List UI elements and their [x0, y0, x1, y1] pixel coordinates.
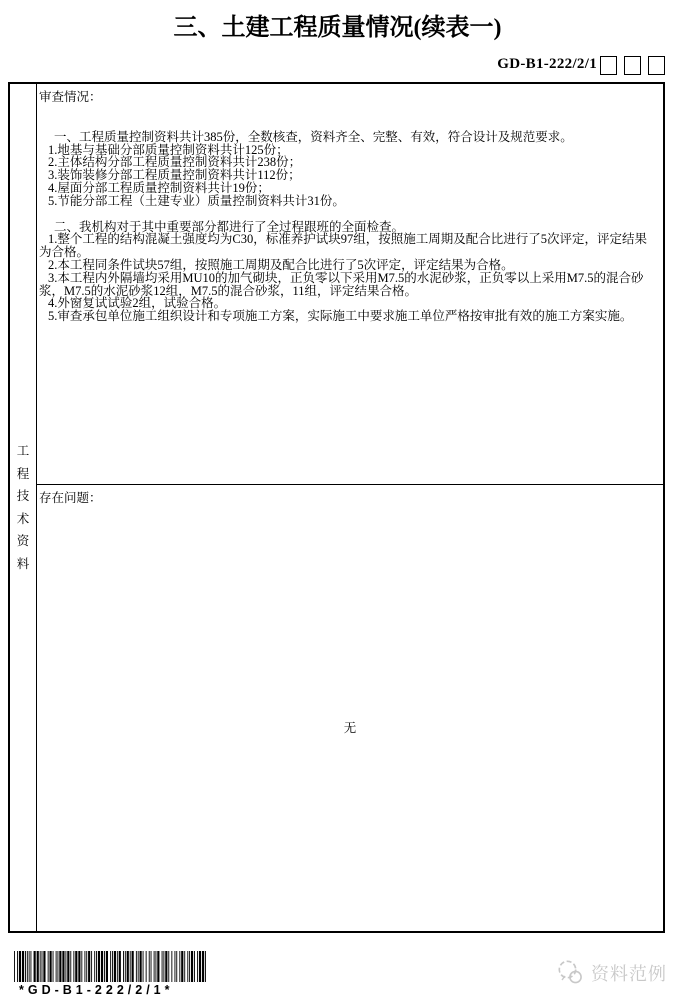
barcode-icon	[14, 951, 206, 982]
review-paragraph: 2.本工程同条件试块57组，按照施工周期及配合比进行了5次评定，评定结果为合格。	[39, 259, 659, 272]
table-main-column: 审查情况： 一、工程质量控制资料共计385份，全数核查，资料齐全、完整、有效，符…	[37, 84, 663, 931]
watermark-logo-icon	[557, 959, 584, 986]
problems-section: 存在问题： 无	[37, 485, 663, 931]
review-paragraphs: 一、工程质量控制资料共计385份，全数核查，资料齐全、完整、有效，符合设计及规范…	[39, 131, 659, 323]
form-code-checkbox[interactable]	[600, 56, 617, 75]
barcode-block: *GD-B1-222/2/1*	[14, 951, 206, 997]
form-code-row: GD-B1-222/2/1	[497, 56, 665, 75]
form-table: 工程技术资料 审查情况： 一、工程质量控制资料共计385份，全数核查，资料齐全、…	[8, 82, 665, 933]
review-paragraph: 5.节能分部工程（土建专业）质量控制资料共计31份。	[39, 195, 659, 208]
problems-content: 无	[37, 722, 663, 735]
review-paragraph: 1.整个工程的结构混凝土强度均为C30，标准养护试块97组，按照施工周期及配合比…	[39, 233, 659, 259]
watermark-text: 资料范例	[591, 960, 667, 986]
form-code-checkbox[interactable]	[624, 56, 641, 75]
review-paragraph: 3.本工程内外隔墙均采用MU10的加气砌块，正负零以下采用M7.5的水泥砂浆，正…	[39, 272, 659, 298]
review-paragraph: 一、工程质量控制资料共计385份，全数核查，资料齐全、完整、有效，符合设计及规范…	[39, 131, 659, 144]
side-label-char: 技	[17, 490, 30, 503]
side-label-char: 程	[17, 468, 30, 481]
side-label-char: 资	[17, 535, 30, 548]
review-section: 审查情况： 一、工程质量控制资料共计385份，全数核查，资料齐全、完整、有效，符…	[37, 84, 663, 485]
document-page: 三、土建工程质量情况(续表一) GD-B1-222/2/1 工程技术资料 审查情…	[0, 0, 675, 1003]
review-paragraph: 4.屋面分部工程质量控制资料共计19份；	[39, 182, 659, 195]
form-code: GD-B1-222/2/1	[497, 56, 597, 75]
page-title: 三、土建工程质量情况(续表一)	[0, 15, 675, 41]
side-label-char: 术	[17, 513, 30, 526]
review-section-label: 审查情况：	[39, 91, 659, 104]
form-code-checkbox[interactable]	[648, 56, 665, 75]
side-label-char: 料	[17, 558, 30, 571]
problems-section-label: 存在问题：	[39, 492, 659, 505]
side-label-column: 工程技术资料	[10, 84, 37, 931]
review-paragraph: 5.审查承包单位施工组织设计和专项施工方案，实际施工中要求施工单位严格按审批有效…	[39, 310, 659, 323]
barcode-text: *GD-B1-222/2/1*	[14, 983, 206, 997]
watermark: 资料范例	[557, 959, 667, 986]
side-label-char: 工	[17, 445, 30, 458]
